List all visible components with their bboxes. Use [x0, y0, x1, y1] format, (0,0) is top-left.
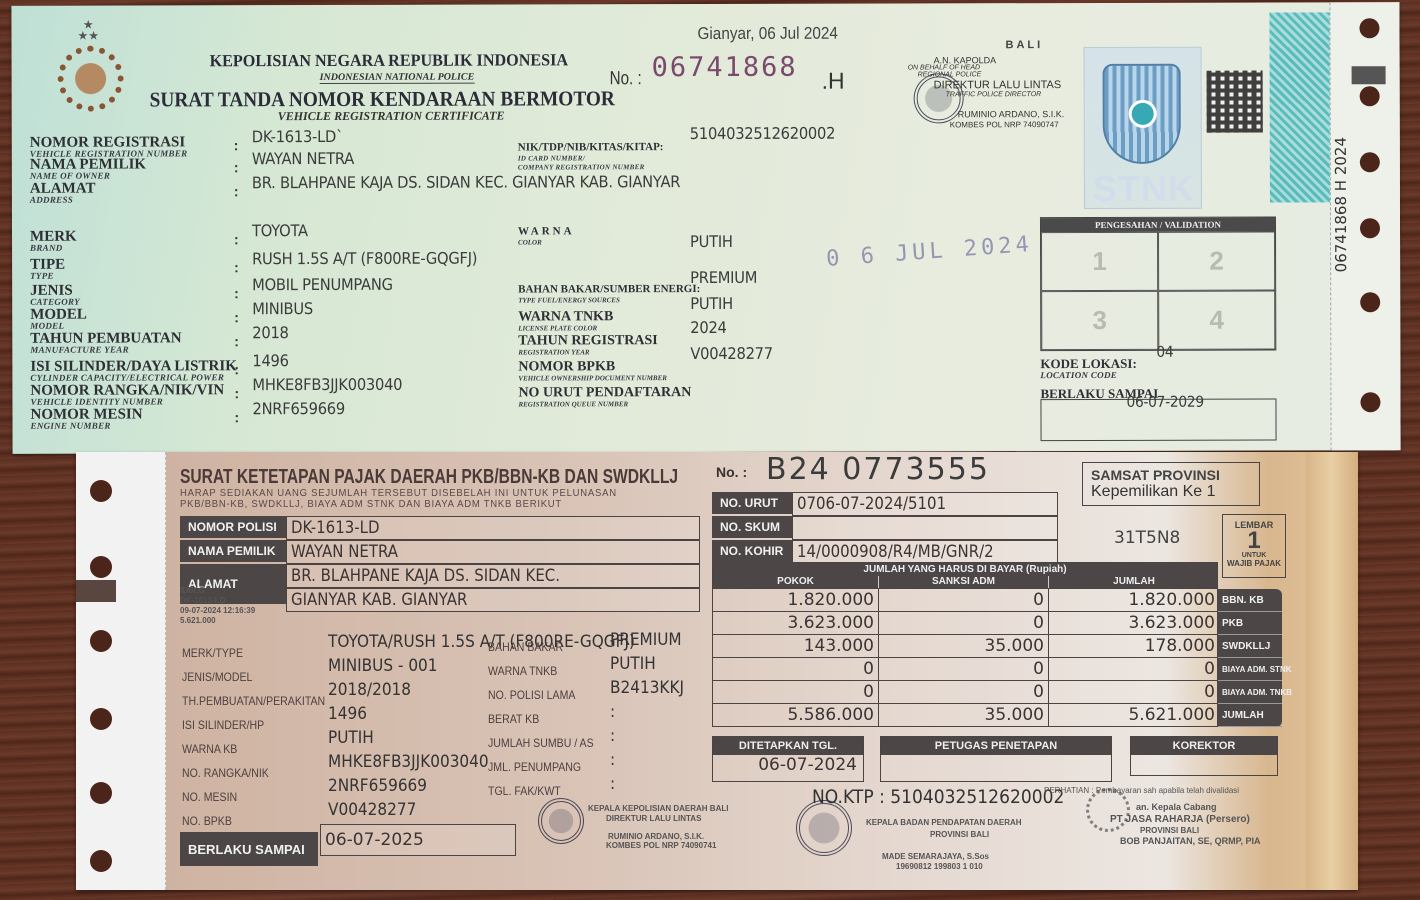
code: 31T5N8: [1114, 528, 1180, 548]
field-value: MOBIL PENUMPANG: [252, 275, 393, 294]
field-value: :: [610, 774, 615, 794]
field-label: NOMOR REGISTRASIVEHICLE REGISTRATION NUM…: [30, 135, 188, 158]
validation-box: PENGESAHAN / VALIDATION 1 2 3 4: [1040, 217, 1276, 352]
dotted-stamp-icon: [1086, 788, 1130, 832]
field-label: JENIS/MODEL: [182, 670, 252, 684]
field-value: PREMIUM: [690, 268, 757, 287]
subtitle-2: PKB/BBN-KB, SWDKLLJ, BIAYA ADM STNK DAN …: [180, 499, 562, 510]
field-value: V00428277: [690, 344, 773, 363]
payment-row-label: JUMLAH: [1218, 704, 1282, 727]
gold-strip: [1306, 452, 1358, 890]
field-value: 1496: [328, 704, 367, 724]
field-label: WARNA TNKB: [488, 664, 557, 678]
police-stamp-icon: [538, 798, 584, 844]
punch-hole: [1360, 392, 1380, 412]
field-value: MINIBUS - 001: [328, 656, 438, 676]
field-value: GIANYAR KAB. GIANYAR: [286, 588, 700, 612]
field-value: WAYAN NETRA: [286, 540, 700, 564]
field-value: TOYOTA/RUSH 1.5S A/T (F800RE-GQGFJ): [328, 632, 635, 652]
field-label: ALAMATADDRESS: [30, 182, 96, 205]
hologram: STNK: [1084, 47, 1202, 209]
validation-cell: 4: [1158, 291, 1275, 350]
field-label: NOMOR RANGKA/NIK/VINVEHICLE IDENTITY NUM…: [30, 383, 224, 407]
field-value: PREMIUM: [610, 630, 682, 650]
payment-table: JUMLAH YANG HARUS DI BAYAR (Rupiah) POKO…: [712, 562, 1218, 727]
field-label: NO. KOHIR: [712, 540, 792, 562]
number-label: No. :: [610, 68, 642, 90]
field-label: ISI SILINDER/DAYA LISTRIKCYLINDER CAPACI…: [30, 359, 237, 383]
lembar-box: LEMBAR 1 UNTUK WAJIB PAJAK: [1222, 514, 1286, 578]
field-label: BAHAN BAKAR: [488, 640, 563, 654]
stamp-date: 0 6 JUL 2024: [825, 232, 1033, 272]
payment-row-label: BIAYA ADM. STNK: [1218, 658, 1282, 681]
payment-row: 3.623.000 0 3.623.000: [713, 611, 1217, 634]
punch-hole: [90, 630, 112, 652]
field-value: 1496: [252, 351, 288, 370]
field-value: PUTIH: [328, 728, 374, 748]
field-label: NO. MESIN: [182, 790, 237, 804]
payment-row-label: PKB: [1218, 612, 1282, 635]
field-value: PUTIH: [690, 232, 733, 251]
field-label: NO. SKUM: [712, 516, 792, 538]
field-value: WAYAN NETRA: [252, 149, 354, 168]
field-value: 2018: [252, 323, 288, 342]
field-value: MHKE8FB3JJK003040: [252, 375, 402, 394]
punch-hole: [1360, 218, 1380, 238]
field-value: :: [610, 702, 615, 722]
field-value: TOYOTA: [252, 221, 308, 240]
location-code: 04: [1156, 343, 1173, 361]
field-label: WARNACOLOR: [518, 224, 575, 247]
punch-hole: [90, 782, 112, 804]
ktp-number: NO.KTP : 5104032512620002: [812, 786, 1064, 808]
assessed-date-box: DITETAPKAN TGL. 06-07-2024: [712, 736, 864, 782]
field-label: NAMA PEMILIK: [180, 540, 286, 562]
field-label: JML. PENUMPANG: [488, 760, 581, 774]
field-value: 2NRF659669: [252, 399, 345, 418]
field-value: B2413KKJ: [610, 678, 684, 698]
field-label: NAMA PEMILIKNAME OF OWNER: [30, 157, 146, 180]
side-serial: 06741868 H 2024: [1332, 137, 1350, 272]
police-emblem-icon: [58, 46, 124, 112]
field-value: BR. BLAHPANE KAJA DS. SIDAN KEC.: [286, 564, 700, 588]
number-suffix: .H: [822, 68, 845, 95]
nik-value: 5104032512620002: [690, 124, 835, 143]
field-label: ISI SILINDER/HP: [182, 718, 264, 732]
field-label: NOMOR POLISI: [180, 516, 286, 538]
payment-row-label: SWDKLLJ: [1218, 635, 1282, 658]
punch-hole: [90, 556, 112, 578]
payment-row-label: BIAYA ADM. TNKB: [1218, 681, 1282, 704]
location-code-label: KODE LOKASI:LOCATION CODE: [1040, 357, 1136, 380]
punch-hole: [1360, 152, 1380, 172]
nik-label: NIK/TDP/NIB/KITAS/KITAP: ID CARD NUMBER/…: [518, 140, 664, 172]
region: BALI: [1006, 39, 1044, 51]
valid-until-value: 06-07-2025: [320, 824, 516, 856]
field-label: JUMLAH SUMBU / AS: [488, 736, 594, 750]
corrector-box: KOREKTOR: [1130, 736, 1278, 776]
payment-row: 5.586.000 35.000 5.621.000: [713, 703, 1217, 726]
star-icon: ★★★: [77, 20, 99, 42]
field-value: MHKE8FB3JJK003040: [328, 752, 489, 772]
vehicle-fields-right: WARNACOLOR PUTIHBAHAN BAKAR/SUMBER ENERG…: [11, 2, 1399, 6]
field-label: MERK/TYPE: [182, 646, 243, 660]
police-stamp-icon: [914, 73, 964, 123]
document-number: B24 0773555: [766, 452, 990, 487]
field-label: TGL. FAK/KWT: [488, 784, 561, 798]
validation-notice: PERHATIAN : Pembayaran sah apabila telah…: [1044, 786, 1239, 795]
field-label: TAHUN REGISTRASIREGISTRATION YEAR: [518, 334, 657, 357]
field-value: 2024: [690, 318, 726, 337]
officer-box: PETUGAS PENETAPAN: [880, 736, 1112, 782]
field-label: MERKBRAND: [30, 230, 77, 253]
document-title-en: VEHICLE REGISTRATION CERTIFICATE: [278, 109, 505, 125]
valid-until-value: 06-07-2029: [1126, 393, 1203, 411]
tax-assessment-letter: SURAT KETETAPAN PAJAK DAERAH PKB/BBN-KB …: [76, 452, 1358, 890]
punch-hole: [1360, 292, 1380, 312]
subtitle-1: HARAP SEDIAKAN UANG SEJUMLAH TERSEBUT DI…: [180, 488, 617, 499]
field-value: 14/0000908/R4/MB/GNR/2: [792, 540, 1058, 564]
valid-until-label: BERLAKU SAMPAI: [180, 832, 318, 866]
field-label: BAHAN BAKAR/SUMBER ENERGI:TYPE FUEL/ENER…: [518, 282, 700, 305]
field-value: 2NRF659669: [328, 776, 427, 796]
field-label: TIPETYPE: [30, 258, 65, 281]
punch-hole: [90, 480, 112, 502]
field-label: TAHUN PEMBUATANMANUFACTURE YEAR: [30, 331, 181, 354]
vehicle-fields: NOMOR REGISTRASIVEHICLE REGISTRATION NUM…: [11, 2, 1399, 6]
barcode-mark: [76, 580, 116, 602]
issuer: KEPOLISIAN NEGARA REPUBLIK INDONESIA: [210, 50, 569, 71]
field-label: JENISCATEGORY: [30, 284, 80, 307]
document-number: 06741868: [652, 52, 798, 83]
field-label: NO. RANGKA/NIK: [182, 766, 269, 780]
field-value: :: [610, 726, 615, 746]
bapenda-stamp-icon: [796, 800, 852, 856]
field-label: NO. BPKB: [182, 814, 232, 828]
punch-hole: [1360, 86, 1380, 106]
validation-cell: 2: [1158, 232, 1275, 291]
field-value: DK-1613-LD`: [252, 127, 343, 146]
field-label: BERAT KB: [488, 712, 539, 726]
field-value: PUTIH: [690, 294, 733, 313]
field-label: NOMOR MESINENGINE NUMBER: [30, 407, 142, 430]
field-value: PUTIH: [610, 654, 656, 674]
field-value: BR. BLAHPANE KAJA DS. SIDAN KEC. GIANYAR…: [252, 172, 680, 192]
payment-row: 1.820.000 0 1.820.000: [713, 588, 1217, 611]
number-label: No. :: [716, 464, 747, 480]
punch-hole: [90, 708, 112, 730]
qr-code-icon: [1207, 71, 1263, 133]
payment-row: 0 0 0: [713, 657, 1217, 680]
field-label: NO. POLISI LAMA: [488, 688, 575, 702]
field-value: :: [610, 750, 615, 770]
validation-cell: 1: [1041, 232, 1158, 291]
payment-row: 0 0 0: [713, 680, 1217, 703]
field-value: V00428277: [328, 800, 416, 820]
field-label: NO. URUT: [712, 492, 792, 514]
payment-row-labels: BBN. KBPKBSWDKLLJBIAYA ADM. STNKBIAYA AD…: [1218, 589, 1282, 727]
barcode-mark: [1352, 66, 1386, 84]
stnk-certificate: 06741868 H 2024 ★★★ KEPOLISIAN NEGARA RE…: [11, 2, 1400, 454]
field-label: WARNA KB: [182, 742, 237, 756]
samsat-box: SAMSAT PROVINSI Kepemilikan Ke 1: [1082, 462, 1260, 506]
perforated-strip: [76, 452, 166, 890]
shield-icon: [1103, 64, 1181, 164]
field-label: WARNA TNKBLICENSE PLATE COLOR: [518, 310, 613, 333]
field-value: RUSH 1.5S A/T (F800RE-GQGFJ): [252, 249, 477, 269]
payment-row-label: BBN. KB: [1218, 589, 1282, 612]
document-title: SURAT KETETAPAN PAJAK DAERAH PKB/BBN-KB …: [180, 466, 678, 489]
field-label: NO URUT PENDAFTARANREGISTRATION QUEUE NU…: [518, 386, 691, 409]
signatory-block: A.N. KAPOLDA ON BEHALF OF HEAD REGIONAL …: [11, 2, 1399, 6]
payment-row: 143.000 35.000 178.000: [713, 634, 1217, 657]
field-value: DK-1613-LD: [286, 516, 700, 540]
place-date: Gianyar, 06 Jul 2024: [697, 24, 837, 44]
field-label: MODELMODEL: [30, 308, 87, 331]
issuer-en: INDONESIAN NATIONAL POLICE: [320, 72, 475, 84]
field-value: [792, 516, 1058, 540]
field-value: 2018/2018: [328, 680, 411, 700]
punch-hole: [90, 850, 112, 872]
punch-hole: [1359, 18, 1379, 38]
field-value: MINIBUS: [252, 299, 313, 318]
field-value: 0706-07-2024/5101: [792, 492, 1058, 516]
field-label: NOMOR BPKBVEHICLE OWNERSHIP DOCUMENT NUM…: [518, 360, 667, 383]
field-label: TH.PEMBUATAN/PERAKITAN: [182, 694, 325, 708]
validation-cell: 3: [1041, 291, 1158, 350]
